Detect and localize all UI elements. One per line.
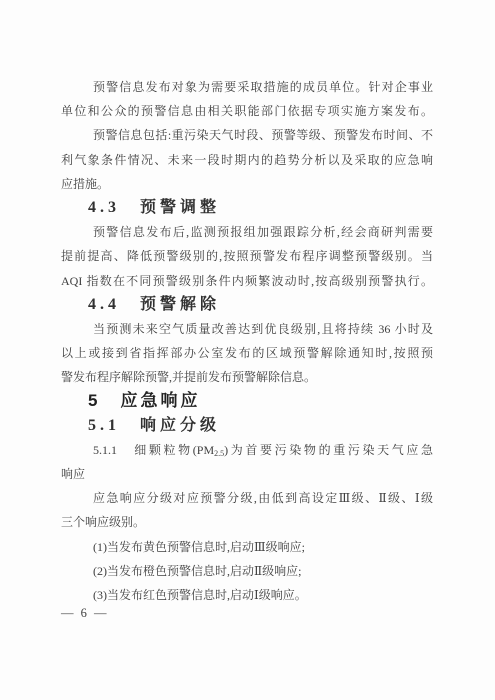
heading-5-1: 5.1 响应分级 <box>61 414 433 438</box>
para-adjust-line-3: AQI 指数在不同预警级别条件内频繁波动时,按高级别预警执行。 <box>61 269 433 293</box>
subscript-text: 2.5 <box>214 449 224 458</box>
list-item-red-warning: (3)当发布红色预警信息时,启动Ⅰ级响应。 <box>61 583 433 607</box>
para-release-line-3: 警发布程序解除预警,并提前发布预警解除信息。 <box>61 365 433 389</box>
heading-4-3: 4.3 预警调整 <box>61 196 433 220</box>
para-issue-target-line-2: 单位和公众的预警信息由相关职能部门依据专项实施方案发布。 <box>61 99 433 123</box>
para-warning-content-line-1: 预警信息包括:重污染天气时段、预警等级、预警发布时间、不 <box>61 123 433 147</box>
para-warning-content-line-3: 应措施。 <box>61 172 433 196</box>
heading-5-1-1-line-2: 响应 <box>61 462 433 486</box>
page-number: — 6 — <box>61 601 109 625</box>
text-segment: 5.1.1 细颗粒物(PM <box>93 443 214 457</box>
para-adjust-line-1: 预警信息发布后,监测预报组加强跟踪分析,经会商研判需要 <box>61 220 433 244</box>
text-column: 预警信息发布对象为需要采取措施的成员单位。针对企事业单位和公众的预警信息由相关职… <box>61 75 433 607</box>
heading-4-4: 4.4 预警解除 <box>61 293 433 317</box>
para-response-levels-line-2: 三个响应级别。 <box>61 510 433 534</box>
heading-5-1-1-line-1: 5.1.1 细颗粒物(PM2.5)为首要污染物的重污染天气应急 <box>61 438 433 462</box>
list-item-yellow-warning: (1)当发布黄色预警信息时,启动Ⅲ级响应; <box>61 535 433 559</box>
para-adjust-line-2: 提前提高、降低预警级别的,按照预警发布程序调整预警级别。当 <box>61 244 433 268</box>
para-warning-content-line-2: 利气象条件情况、未来一段时期内的趋势分析以及采取的应急响 <box>61 148 433 172</box>
list-item-orange-warning: (2)当发布橙色预警信息时,启动Ⅱ级响应; <box>61 559 433 583</box>
para-issue-target-line-1: 预警信息发布对象为需要采取措施的成员单位。针对企事业 <box>61 75 433 99</box>
document-page: 预警信息发布对象为需要采取措施的成员单位。针对企事业单位和公众的预警信息由相关职… <box>0 0 495 700</box>
text-segment: )为首要污染物的重污染天气应急 <box>224 443 433 457</box>
para-response-levels-line-1: 应急响应分级对应预警分级,由低到高设定Ⅲ级、Ⅱ级、Ⅰ级 <box>61 486 433 510</box>
para-release-line-1: 当预测未来空气质量改善达到优良级别,且将持续 36 小时及 <box>61 317 433 341</box>
heading-5: 5 应急响应 <box>61 389 433 413</box>
para-release-line-2: 以上或接到省指挥部办公室发布的区域预警解除通知时,按照预 <box>61 341 433 365</box>
